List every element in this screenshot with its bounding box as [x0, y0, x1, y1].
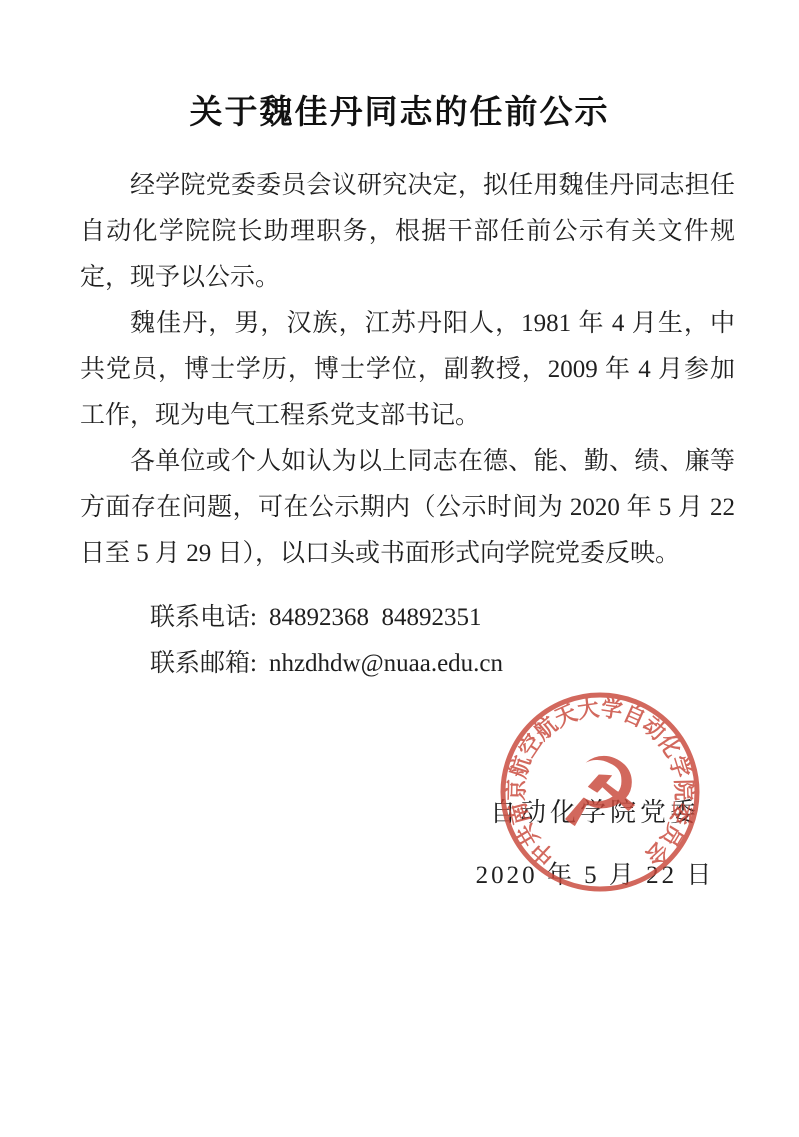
contact-phone-numbers: 84892368 84892351: [269, 604, 482, 631]
contact-email-address: nhzdhdw@nuaa.edu.cn: [269, 650, 503, 677]
signature-block: 自动化学院党委 2020 年 5 月 22 日: [455, 792, 735, 891]
signature-org: 自动化学院党委: [455, 792, 735, 829]
paragraph-feedback-period: 各单位或个人如认为以上同志在德、能、勤、绩、廉等方面存在问题，可在公示期内（公示…: [80, 439, 735, 577]
paragraph-biography: 魏佳丹，男，汉族，江苏丹阳人，1981 年 4 月生，中共党员，博士学历，博士学…: [80, 301, 735, 439]
signature-date: 2020 年 5 月 22 日: [455, 855, 735, 891]
document-body: 经学院党委委员会议研究决定，拟任用魏佳丹同志担任自动化学院院长助理职务，根据干部…: [80, 163, 735, 577]
contact-phone-line: 联系电话:84892368 84892351: [150, 595, 735, 641]
paragraph-decision: 经学院党委委员会议研究决定，拟任用魏佳丹同志担任自动化学院院长助理职务，根据干部…: [80, 163, 735, 301]
page-title: 关于魏佳丹同志的任前公示: [0, 86, 799, 133]
contact-phone-label: 联系电话:: [150, 604, 257, 631]
contact-email-label: 联系邮箱:: [150, 650, 257, 677]
contact-email-line: 联系邮箱:nhzdhdw@nuaa.edu.cn: [150, 641, 735, 687]
notice-document-page: 关于魏佳丹同志的任前公示 经学院党委委员会议研究决定，拟任用魏佳丹同志担任自动化…: [0, 0, 799, 1137]
contact-info: 联系电话:84892368 84892351 联系邮箱:nhzdhdw@nuaa…: [150, 595, 735, 687]
